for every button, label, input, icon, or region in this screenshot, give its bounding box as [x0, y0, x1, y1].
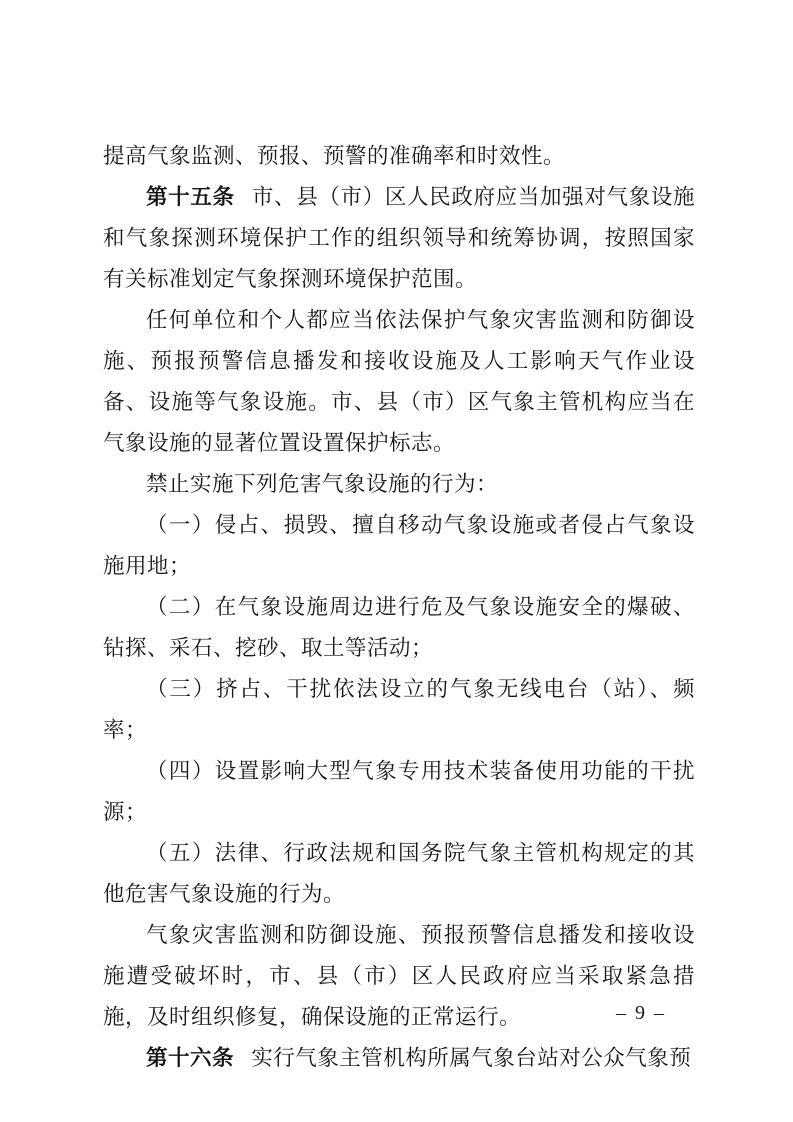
paragraph: （二）在气象设施周边进行危及气象设施安全的爆破、钻探、采石、挖砂、取土等活动； [103, 587, 695, 669]
paragraph: 任何单位和个人都应当依法保护气象灾害监测和防御设施、预报预警信息播发和接收设施及… [103, 300, 695, 464]
paragraph: 提高气象监测、预报、预警的准确率和时效性。 [103, 136, 695, 177]
paragraph: （五）法律、行政法规和国务院气象主管机构规定的其他危害气象设施的行为。 [103, 833, 695, 915]
article-number: 第十五条 [146, 185, 235, 209]
paragraph: （一）侵占、损毁、擅自移动气象设施或者侵占气象设施用地； [103, 505, 695, 587]
paragraph: 禁止实施下列危害气象设施的行为： [103, 464, 695, 505]
paragraph: 气象灾害监测和防御设施、预报预警信息播发和接收设施遭受破坏时，市、县（市）区人民… [103, 915, 695, 1038]
article-paragraph: 第十六条实行气象主管机构所属气象台站对公众气象预 [103, 1038, 695, 1079]
article-paragraph: 第十五条市、县（市）区人民政府应当加强对气象设施和气象探测环境保护工作的组织领导… [103, 177, 695, 300]
article-number: 第十六条 [146, 1046, 234, 1070]
paragraph: （四）设置影响大型气象专用技术装备使用功能的干扰源； [103, 751, 695, 833]
page-number: – 9 – [616, 1000, 666, 1026]
document-body: 提高气象监测、预报、预警的准确率和时效性。第十五条市、县（市）区人民政府应当加强… [103, 136, 695, 1079]
paragraph: （三）挤占、干扰依法设立的气象无线电台（站）、频率； [103, 669, 695, 751]
document-page: 提高气象监测、预报、预警的准确率和时效性。第十五条市、县（市）区人民政府应当加强… [0, 0, 793, 1122]
